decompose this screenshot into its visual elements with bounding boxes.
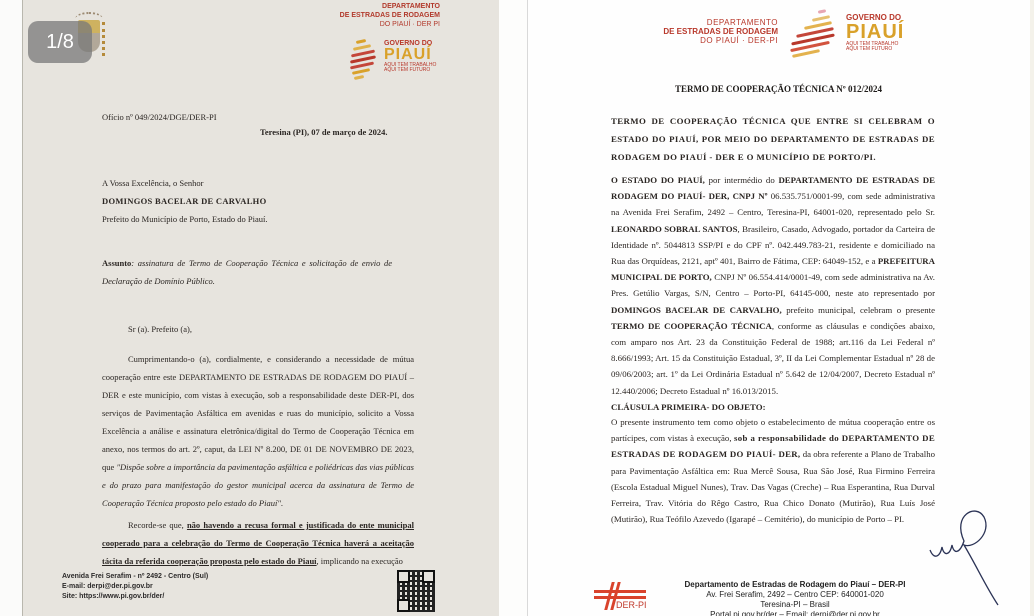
p1-end: . (281, 498, 283, 508)
right-dept-line2: DE ESTRADAS DE RODAGEM (628, 27, 778, 36)
left-gov-line4: AQUI TEM FUTURO (384, 68, 436, 73)
left-dept-line2: DE ESTRADAS DE RODAGEM (330, 11, 440, 20)
right-dept-line1: DEPARTAMENTO (628, 18, 778, 27)
termo-footer-line4: Portal pi.gov.br/der – Email: derpi@der.… (660, 610, 930, 616)
oficio-footer: Avenida Frei Serafim - nº 2492 - Centro … (62, 572, 382, 602)
p2-intro: Recorde-se que, (128, 520, 187, 530)
oficio-date: Teresina (PI), 07 de março de 2024. (260, 123, 388, 141)
piaui-map-icon (790, 4, 842, 62)
left-gov-piaui-logo: GOVERNO DO PIAUÍ AQUI TEM TRABALHO AQUI … (350, 30, 436, 82)
oficio-number: Ofício nº 049/2024/DGE/DER-PI (102, 108, 217, 126)
right-der-header: DEPARTAMENTO DE ESTRADAS DE RODAGEM DO P… (628, 18, 778, 45)
footer-site: Site: https://www.pi.gov.br/der/ (62, 592, 382, 602)
p1-law-quote: "Dispõe sobre a importância da pavimenta… (102, 462, 414, 508)
footer-email: E-mail: derpi@der.pi.gov.br (62, 582, 382, 592)
footer-address: Avenida Frei Serafim - nº 2492 - Centro … (62, 572, 382, 582)
left-der-header: DEPARTAMENTO DE ESTRADAS DE RODAGEM DO P… (330, 2, 440, 29)
right-gov-piaui-logo: GOVERNO DO PIAUÍ AQUI TEM TRABALHO AQUI … (790, 4, 904, 62)
right-gov-line2: PIAUÍ (846, 22, 904, 42)
termo-parties: O ESTADO DO PIAUÍ, por intermédio do DEP… (611, 172, 935, 399)
left-gov-line2: PIAUÍ (384, 47, 436, 63)
recipient-role: Prefeito do Município de Porto, Estado d… (102, 210, 402, 228)
termo-title: TERMO DE COOPERAÇÃO TÉCNICA Nº 012/2024 (527, 84, 1030, 94)
parties-text-6: , conforme as cláusulas e condições abai… (611, 321, 935, 396)
page-gap (499, 0, 527, 616)
left-dept-line1: DEPARTAMENTO (330, 2, 440, 11)
piaui-map-icon (350, 30, 380, 82)
der-representative: LEONARDO SOBRAL SANTOS (611, 224, 737, 234)
mayor-name: DOMINGOS BACELAR DE CARVALHO, (611, 305, 782, 315)
termo-reference: TERMO DE COOPERAÇÃO TÉCNICA (611, 321, 772, 331)
termo-footer-line1: Departamento de Estradas de Rodagem do P… (660, 580, 930, 590)
recipient-name: DOMINGOS BACELAR DE CARVALHO (102, 192, 402, 210)
greeting: Sr (a). Prefeito (a), (128, 320, 192, 338)
termo-preamble: TERMO DE COOPERAÇÃO TÉCNICA QUE ENTRE SI… (611, 112, 935, 166)
subject-block: Assunto: assinatura de Termo de Cooperaç… (102, 254, 392, 290)
page-counter-badge: 1/8 (28, 21, 92, 63)
der-pi-logo: DER-PI (592, 580, 650, 612)
p1-body: Cumprimentando-o (a), cordialmente, e co… (102, 354, 414, 472)
qr-code-icon (397, 570, 435, 612)
termo-footer: Departamento de Estradas de Rodagem do P… (660, 580, 930, 616)
signature-icon (924, 505, 1024, 610)
recipient-salutation: A Vossa Excelência, o Senhor (102, 174, 402, 192)
parties-text-5: prefeito municipal, celebram o presente (782, 305, 935, 315)
right-dept-line3: DO PIAUÍ · DER-PI (628, 36, 778, 45)
next-page-edge (1030, 0, 1034, 616)
subject-text: : assinatura de Termo de Cooperação Técn… (102, 258, 392, 286)
subject-label: Assunto (102, 258, 131, 268)
der-pi-logo-label: DER-PI (616, 600, 647, 610)
recipient-block: A Vossa Excelência, o Senhor DOMINGOS BA… (102, 174, 402, 228)
clause1-text-2: da obra referente a Plano de Trabalho pa… (611, 449, 935, 524)
left-dept-line3: DO PIAUÍ · DER PI (330, 20, 440, 29)
p2-tail: , implicando na execução (317, 556, 403, 566)
parties-text-1: por intermédio do (705, 175, 779, 185)
oficio-paragraph-2: Recorde-se que, não havendo a recusa for… (102, 516, 414, 570)
party-state: O ESTADO DO PIAUÍ, (611, 175, 705, 185)
termo-footer-line3: Teresina-PI – Brasil (660, 600, 930, 610)
viewer-background (0, 0, 22, 616)
clause1-body: O presente instrumento tem como objeto o… (611, 414, 935, 527)
oficio-paragraph-1: Cumprimentando-o (a), cordialmente, e co… (102, 350, 414, 512)
right-gov-line4: AQUI TEM FUTURO (846, 47, 904, 52)
termo-footer-line2: Av. Frei Serafim, 2492 – Centro CEP: 640… (660, 590, 930, 600)
